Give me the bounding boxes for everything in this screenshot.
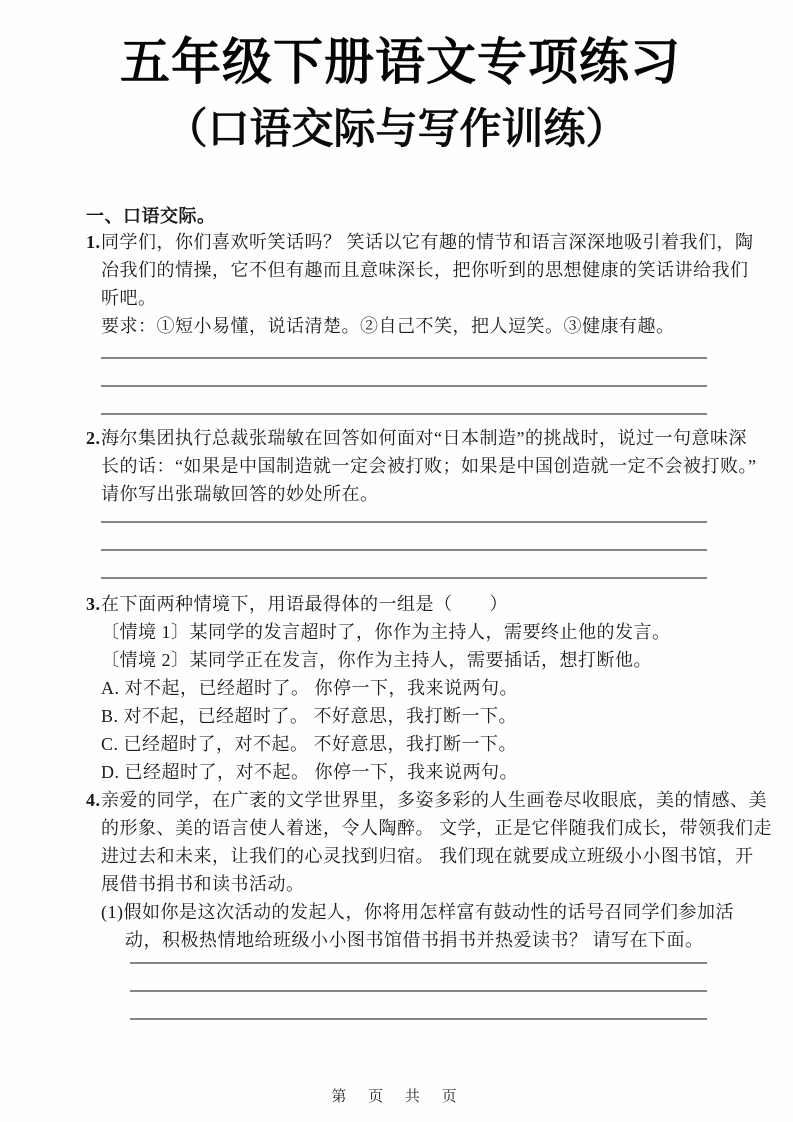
question-1-answer-area [101,331,707,415]
answer-line [101,495,707,523]
answer-line [130,992,707,1020]
question-3-stem: 在下面两种情境下，用语最得体的一组是（ ） [101,594,508,614]
question-4-subquestion-1: (1)假如你是这次活动的发起人，你将用怎样富有鼓动性的话号召同学们参加活 [86,898,711,926]
answer-line [101,387,707,415]
answer-line [101,551,707,579]
question-3-option-b: B. 对不起，已经超时了。 不好意思，我打断一下。 [86,702,711,730]
answer-line [101,331,707,359]
page-subtitle: （口语交际与写作训练） [0,102,793,156]
answer-line [130,964,707,992]
question-3-number: 3. [86,590,101,618]
question-1-line: 冶我们的情操，它不但有趣而且意味深长，把你听到的思想健康的笑话讲给我们 [86,256,711,284]
question-4-number: 4. [86,786,101,814]
question-3-situation-2: 〔情境 2〕某同学正在发言，你作为主持人，需要插话，想打断他。 [86,646,711,674]
question-3: 3. 在下面两种情境下，用语最得体的一组是（ ） 〔情境 1〕某同学的发言超时了… [86,590,711,786]
page-title: 五年级下册语文专项练习 [0,34,793,90]
answer-line [101,523,707,551]
question-4: 4. 亲爱的同学，在广袤的文学世界里，多姿多彩的人生画卷尽收眼底，美的情感、美 … [86,786,711,954]
question-3-option-c: C. 已经超时了，对不起。 不好意思，我打断一下。 [86,730,711,758]
question-3-option-a: A. 对不起，已经超时了。 你停一下，我来说两句。 [86,674,711,702]
question-1-line: 听吧。 [86,284,711,312]
question-4-answer-area [130,936,707,1020]
question-1-line: 同学们，你们喜欢听笑话吗？ 笑话以它有趣的情节和语言深深地吸引着我们，陶 [101,232,754,252]
section-heading-oral-communication: 一、口语交际。 [86,202,216,230]
question-1-number: 1. [86,228,101,256]
question-4-line: 的形象、美的语言使人着迷，令人陶醉。 文学，正是它伴随我们成长，带领我们走 [86,814,711,842]
question-4-line: 亲爱的同学，在广袤的文学世界里，多姿多彩的人生画卷尽收眼底，美的情感、美 [101,790,767,810]
question-2-number: 2. [86,424,101,452]
question-2-answer-area [101,495,707,579]
question-3-situation-1: 〔情境 1〕某同学的发言超时了，你作为主持人，需要终止他的发言。 [86,618,711,646]
page-number-footer: 第 页 共 页 [86,1086,711,1108]
question-4-line: 进过去和未来，让我们的心灵找到归宿。 我们现在就要成立班级小小图书馆，开 [86,842,711,870]
question-3-option-d: D. 已经超时了，对不起。 你停一下，我来说两句。 [86,758,711,786]
question-2-line: 海尔集团执行总裁张瑞敏在回答如何面对“日本制造”的挑战时，说过一句意味深 [101,428,747,448]
question-2-line: 长的话：“如果是中国制造就一定会被打败；如果是中国创造就一定不会被打败。” [86,452,711,480]
answer-line [130,936,707,964]
question-1: 1. 同学们，你们喜欢听笑话吗？ 笑话以它有趣的情节和语言深深地吸引着我们，陶 … [86,228,711,340]
answer-line [101,359,707,387]
question-4-line: 展借书捐书和读书活动。 [86,870,711,898]
worksheet-page: 五年级下册语文专项练习 （口语交际与写作训练） 一、口语交际。 1. 同学们，你… [0,0,793,1122]
